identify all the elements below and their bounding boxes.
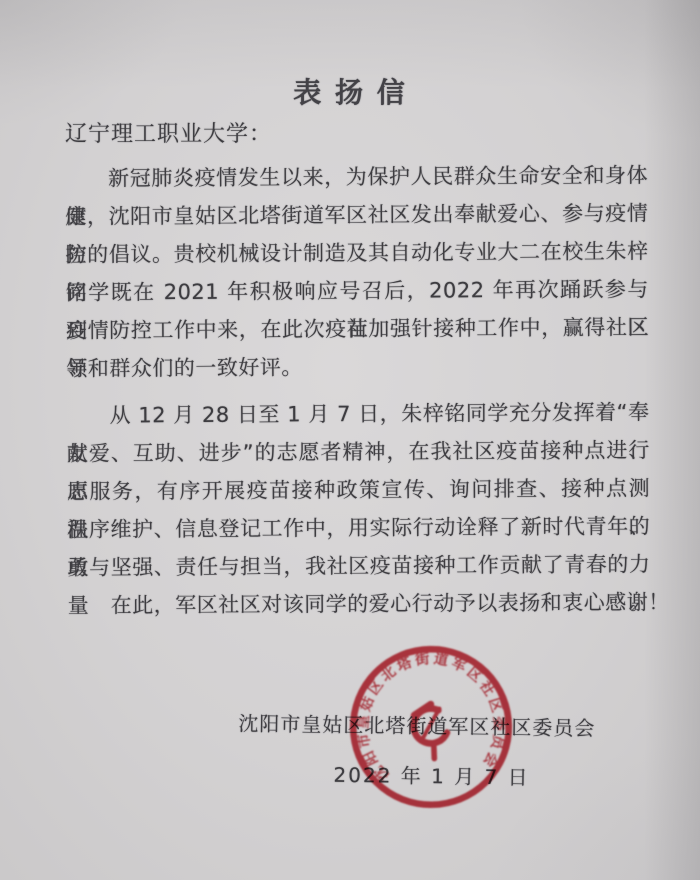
hammer-sickle-icon (405, 700, 458, 761)
body-line: 从 12 月 28 日至 1 月 7 日，朱梓铭同学充分发挥着“奉献、 (66, 393, 649, 435)
commendation-letter-photo: 表 扬 信 辽宁理工职业大学： 新冠肺炎疫情发生以来，为保护人民群众生命安全和身… (0, 0, 700, 880)
salutation: 辽宁理工职业大学： (65, 120, 648, 150)
body-line: 新冠肺炎疫情发生以来，为保护人民群众生命安全和身体健 (65, 156, 648, 198)
body-line: 秩序维护、信息登记工作中，用实际行动诠释了新时代青年的勇 (67, 507, 650, 549)
body-line: 康，沈阳市皇姑区北塔街道军区社区发出奉献爱心、参与疫情防 (65, 194, 648, 236)
body-line: 在此，军区社区对该同学的爱心行动予以表扬和衷心感谢！ (68, 583, 651, 625)
official-seal: 沈阳市皇姑区北塔街道军区社区委员会 (335, 631, 526, 822)
letter-body: 新冠肺炎疫情发生以来，为保护人民群众生命安全和身体健 康，沈阳市皇姑区北塔街道军… (65, 156, 651, 625)
seal-graphic: 沈阳市皇姑区北塔街道军区社区委员会 (345, 641, 516, 812)
body-line: 疫情防控工作中来，在此次疫苗加强针接种工作中，赢得社区领 (66, 308, 649, 350)
letter-title: 表 扬 信 (0, 71, 700, 111)
body-line: 敢与坚强、责任与担当，我社区疫苗接种工作贡献了青春的力量。 (67, 545, 650, 587)
body-line: 控的倡议。贵校机械设计制造及其自动化专业大二在校生朱梓铭 (65, 232, 648, 274)
body-line: 导和群众们的一致好评。 (66, 346, 649, 388)
body-line: 友爱、互助、进步”的志愿者精神，在我社区疫苗接种点进行志 (67, 431, 650, 473)
body-line: 愿服务，有序开展疫苗接种政策宣传、询问排查、接种点测温、 (67, 469, 650, 511)
seal-ring-text: 沈阳市皇姑区北塔街道军区社区委员会 (345, 642, 514, 787)
body-line: 同学既在 2021 年积极响应号召后，2022 年再次踊跃参与到社区 (66, 270, 649, 312)
